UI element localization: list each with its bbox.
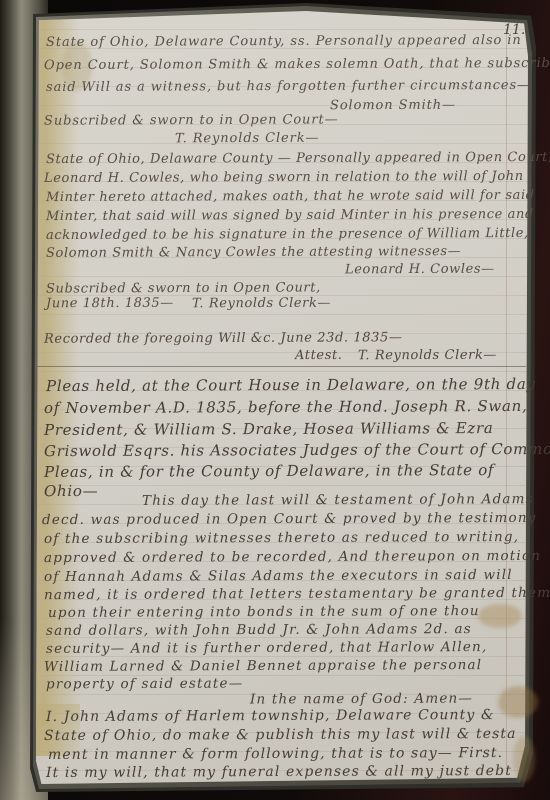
manuscript-line: decd. was produced in Open Court & prove… (42, 510, 537, 528)
manuscript-line: Subscribed & sworn to in Open Court— (44, 112, 339, 128)
signature-leonard-cowles: Leonard H. Cowles— (345, 262, 495, 278)
manuscript-line: Subscribed & sworn to in Open Court, (46, 280, 321, 296)
manuscript-line: named, it is ordered that letters testam… (44, 585, 550, 603)
manuscript-line: State of Ohio, do make & publish this my… (44, 726, 517, 744)
manuscript-line: State of Ohio, Delaware County — Persona… (46, 150, 550, 167)
section-divider-line (36, 366, 526, 367)
paper-stain (478, 604, 522, 628)
clerk-signature: T. Reynolds Clerk— (358, 348, 497, 364)
manuscript-line: sand dollars, with John Budd Jr. & John … (46, 621, 472, 639)
clerk-signature: T. Reynolds Clerk— (192, 296, 331, 312)
manuscript-line: Griswold Esqrs. his Associates Judges of… (44, 440, 550, 460)
photo-background: 11. State of Ohio, Delaware County, ss. … (0, 0, 550, 800)
manuscript-line: said Will as a witness, but has forgotte… (46, 78, 531, 95)
manuscript-line: This day the last will & testament of Jo… (142, 491, 534, 509)
manuscript-line: Pleas, in & for the County of Delaware, … (44, 461, 494, 481)
manuscript-line: Pleas held, at the Court House in Delawa… (46, 375, 536, 395)
manuscript-line: William Larned & Daniel Bennet appraise … (44, 657, 482, 675)
manuscript-line: Open Court, Solomon Smith & makes solemn… (44, 56, 550, 73)
manuscript-line: approved & ordered to be recorded, And t… (44, 548, 541, 566)
paper-stain (513, 736, 535, 782)
manuscript-line: President, & William S. Drake, Hosea Wil… (44, 419, 494, 439)
manuscript-line: It is my will, that my funeral expenses … (46, 763, 512, 781)
manuscript-line: of Hannah Adams & Silas Adams the execut… (44, 567, 513, 585)
manuscript-line: upon their entering into bonds in the su… (48, 603, 480, 621)
manuscript-line: Minter, that said will was signed by sai… (46, 207, 534, 224)
manuscript-line: Minter hereto attached, makes oath, that… (46, 188, 535, 205)
manuscript-line: Solomon Smith & Nancy Cowles the attesti… (46, 244, 461, 261)
manuscript-line: State of Ohio, Delaware County, ss. Pers… (46, 33, 522, 50)
manuscript-line: of the subscribing witnesses thereto as … (44, 529, 519, 547)
manuscript-line: In the name of God: Amen— (250, 691, 473, 708)
manuscript-line: June 18th. 1835— (46, 296, 174, 312)
clerk-signature: T. Reynolds Clerk— (175, 131, 320, 147)
manuscript-line: Ohio— (44, 482, 98, 500)
manuscript-line: Recorded the foregoing Will &c. June 23d… (44, 330, 402, 347)
manuscript-line: property of said estate— (46, 676, 243, 693)
manuscript-line: Leonard H. Cowles, who being sworn in re… (44, 169, 524, 186)
manuscript-line: of November A.D. 1835, before the Hond. … (44, 397, 528, 417)
manuscript-line: security— And it is further ordered, tha… (46, 639, 488, 657)
manuscript-line: Attest. (295, 348, 343, 363)
manuscript-line: I. John Adams of Harlem township, Delawa… (46, 707, 495, 725)
signature-solomon-smith: Solomon Smith— (330, 98, 456, 114)
manuscript-line: acknowledged to be his signature in the … (46, 226, 529, 243)
paper-stain (498, 686, 538, 718)
manuscript-line: ment in manner & form following, that is… (48, 745, 503, 763)
